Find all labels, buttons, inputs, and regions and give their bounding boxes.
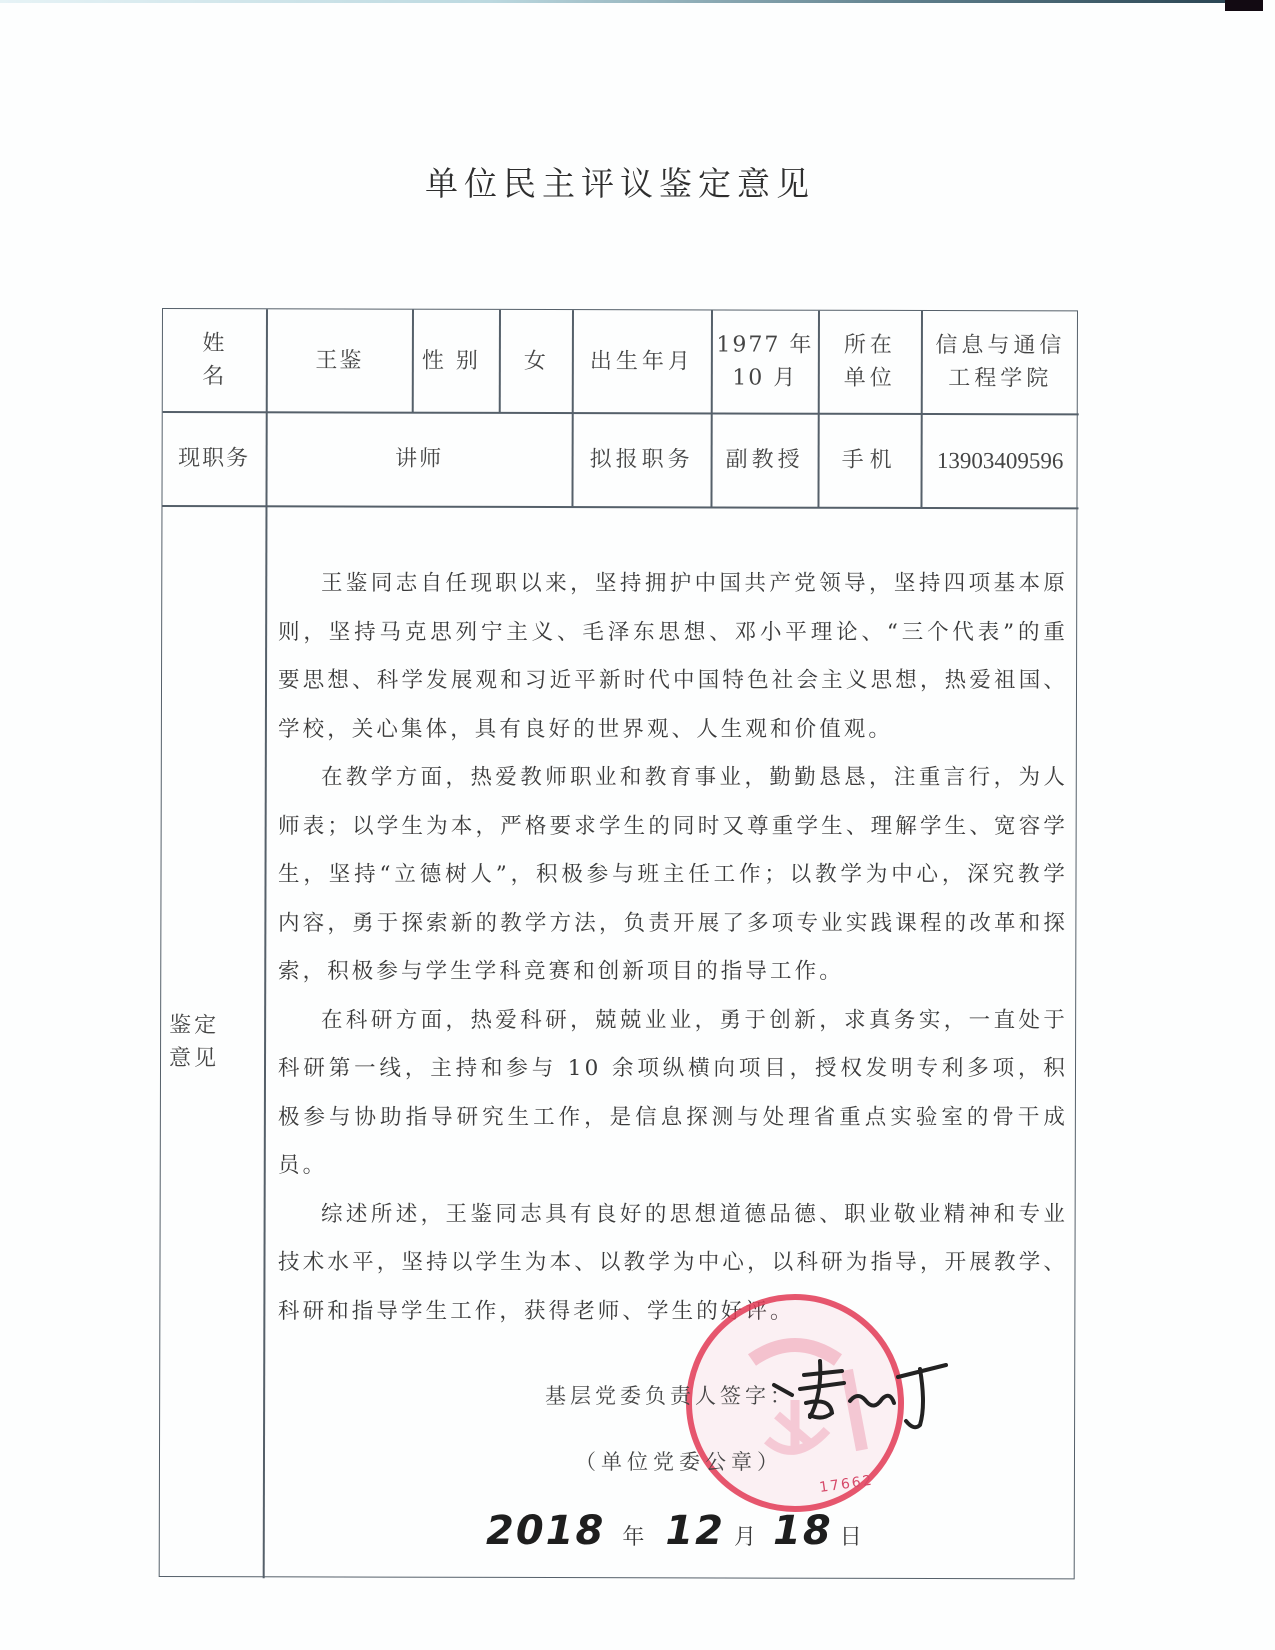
- opinion-label-line1: 鉴定: [169, 1009, 219, 1042]
- unit-value-line2: 工程学院: [948, 362, 1052, 395]
- unit-value-line1: 信息与通信: [935, 329, 1065, 362]
- phone-label: 手机: [818, 414, 920, 507]
- opinion-label-line2: 意见: [169, 1042, 219, 1075]
- date-day: 18: [773, 1508, 833, 1554]
- signing-date: 2018 年 12 月 18 日: [486, 1508, 862, 1554]
- birth-label: 出生年月: [573, 310, 711, 412]
- unit-label-line1: 所在: [844, 329, 896, 362]
- birth-value: 1977 年 10 月: [712, 310, 818, 412]
- seal-note: （单位党委公章）: [575, 1446, 783, 1476]
- proposed-title-value: 副教授: [711, 413, 817, 506]
- birth-month: 10 月: [732, 361, 797, 394]
- name-value: 王鉴: [267, 309, 412, 411]
- opinion-paragraph-research: 在科研方面，热爱科研，兢兢业业，勇于创新，求真务实，一直处于科研第一线，主持和参…: [278, 997, 1068, 1191]
- phone-value: 13903409596: [921, 414, 1078, 507]
- signature-label: 基层党委负责人签字：: [545, 1380, 795, 1410]
- proposed-title-label: 拟报职务: [572, 413, 710, 506]
- current-title-label: 现职务: [162, 412, 265, 505]
- gender-label: 性别: [413, 310, 499, 412]
- opinion-paragraph-political: 王鉴同志自任现职以来，坚持拥护中国共产党领导，坚持四项基本原则，坚持马克思列宁主…: [278, 560, 1068, 754]
- date-day-unit: 日: [840, 1525, 862, 1550]
- birth-year: 1977 年: [716, 328, 813, 361]
- handwritten-signature: [770, 1355, 950, 1435]
- page-title: 单位民主评议鉴定意见: [0, 158, 1240, 205]
- date-month: 12: [665, 1508, 725, 1554]
- gender-value: 女: [500, 310, 572, 412]
- opinion-body: 王鉴同志自任现职以来，坚持拥护中国共产党领导，坚持四项基本原则，坚持马克思列宁主…: [278, 560, 1068, 1336]
- name-label: 姓 名: [163, 309, 276, 411]
- opinion-paragraph-summary: 综述所述，王鉴同志具有良好的思想道德品德、职业敬业精神和专业技术水平，坚持以学生…: [278, 1191, 1068, 1337]
- date-year: 2018: [486, 1508, 605, 1554]
- unit-label-line2: 单位: [844, 362, 896, 395]
- date-year-unit: 年: [622, 1525, 644, 1550]
- date-month-unit: 月: [734, 1525, 756, 1550]
- current-title-value: 讲师: [266, 412, 571, 506]
- unit-label: 所在 单位: [819, 311, 921, 413]
- opinion-label: 鉴定 意见: [160, 506, 266, 1578]
- scan-edge: [0, 0, 1225, 3]
- scan-artifact: [1225, 0, 1263, 11]
- opinion-paragraph-teaching: 在教学方面，热爱教师职业和教育事业，勤勤恳恳，注重言行，为人师表；以学生为本，严…: [278, 754, 1068, 997]
- unit-value: 信息与通信 工程学院: [922, 311, 1079, 413]
